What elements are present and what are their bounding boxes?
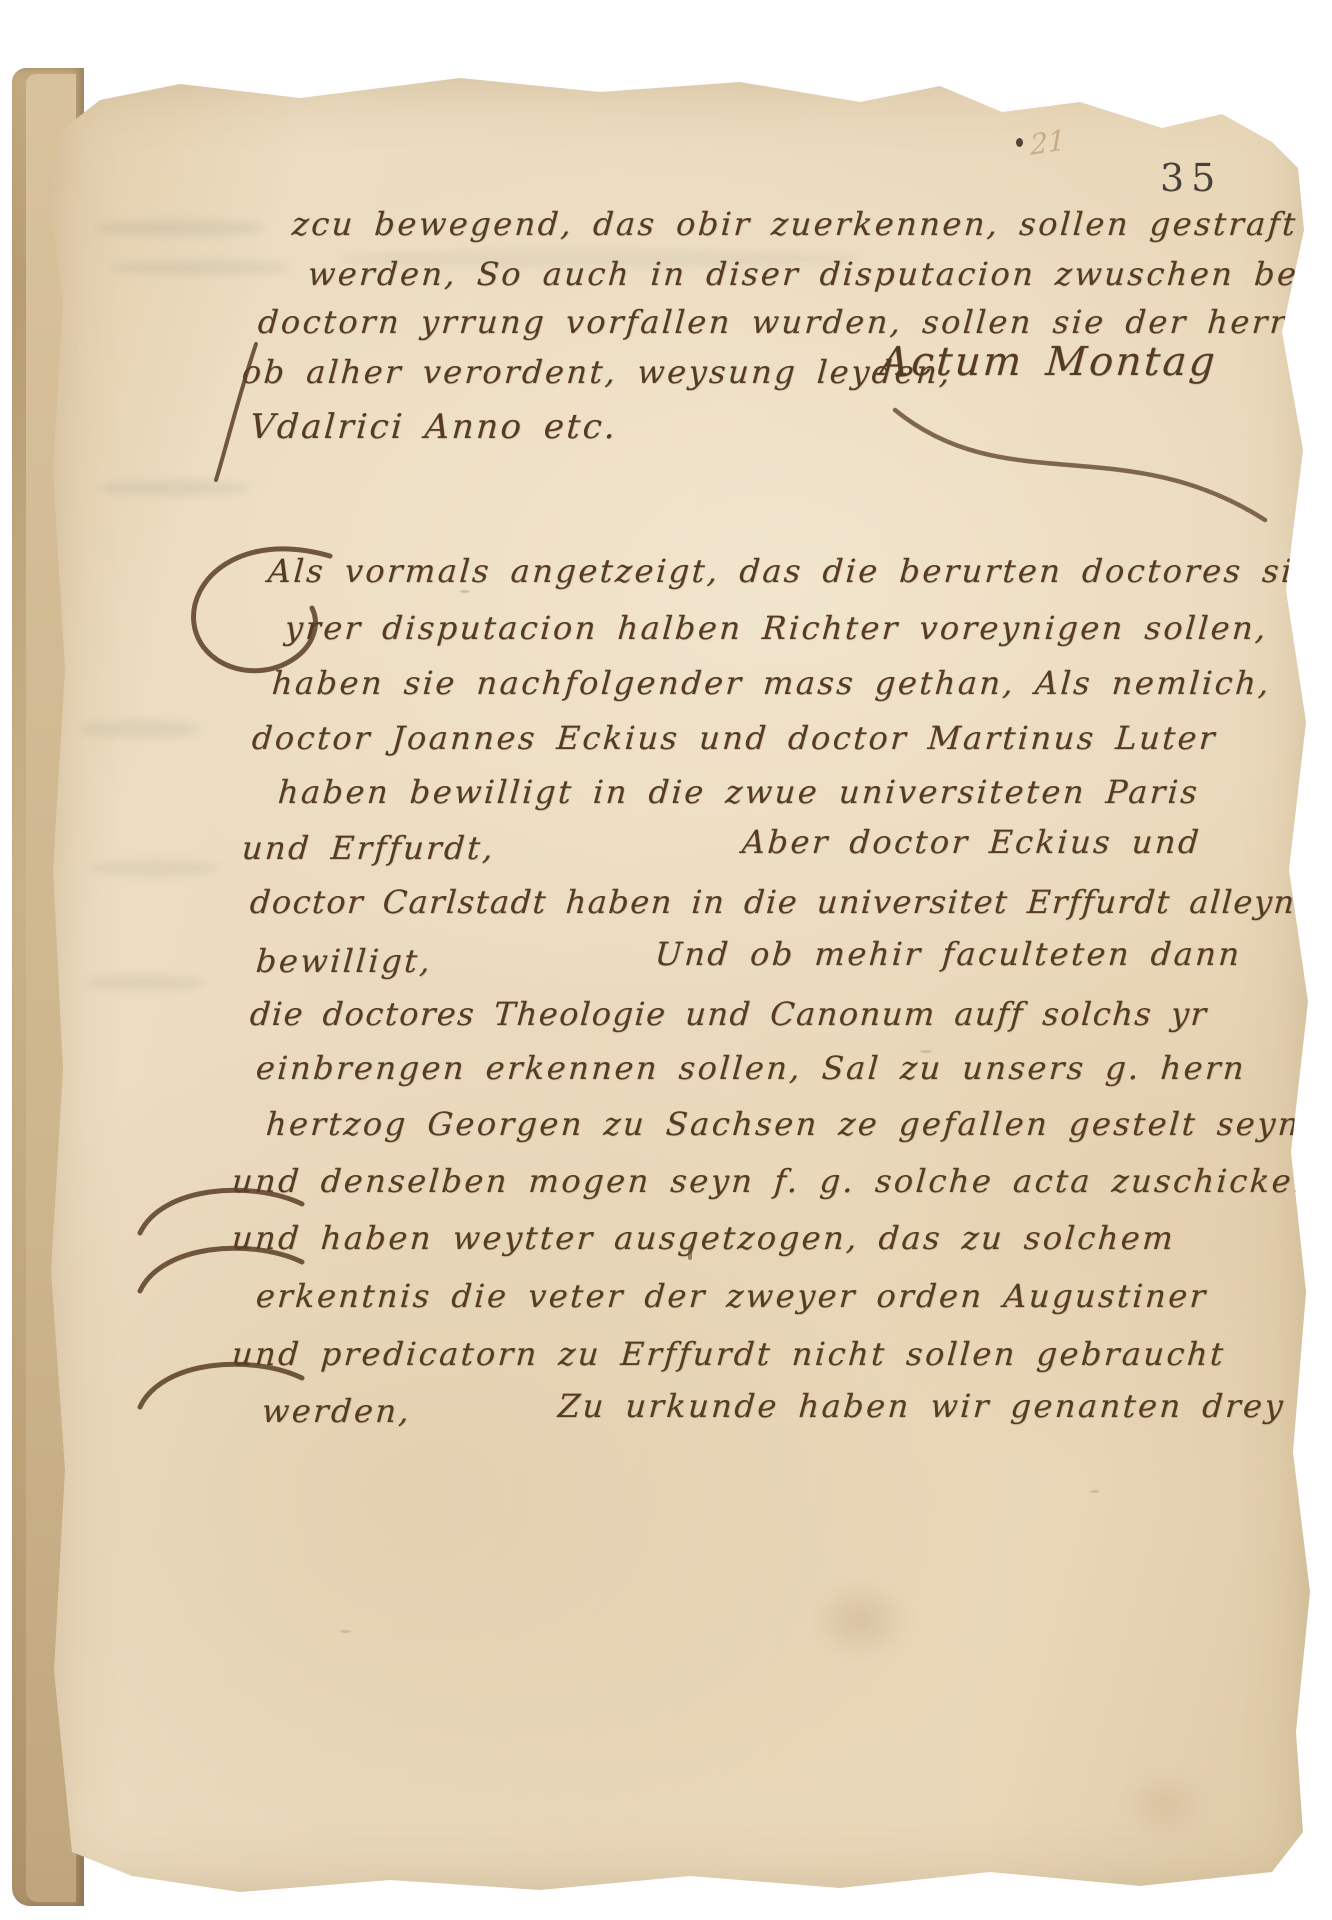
manuscript-line: erkentnis die veter der zweyer orden Aug…	[255, 1280, 1209, 1312]
manuscript-line: haben sie nachfolgender mass gethan, Als…	[271, 667, 1272, 699]
manuscript-line: Vdalrici Anno etc.	[249, 410, 619, 444]
ink-showthrough	[110, 260, 290, 275]
manuscript-line: einbrengen erkennen sollen, Sal zu unser…	[255, 1052, 1247, 1084]
paper-fiber	[920, 1050, 932, 1053]
faint-corner-annotation: 21	[1030, 123, 1066, 162]
manuscript-page: 35 21 zcu bewegend, das obir zuerkennen,…	[40, 70, 1320, 1900]
ink-speck	[1016, 138, 1023, 147]
pen-flourish	[208, 338, 268, 488]
manuscript-line: Und ob mehir faculteten dann	[654, 938, 1243, 970]
manuscript-line: doctor Carlstadt haben in die universite…	[249, 886, 1329, 918]
paper-fiber	[460, 590, 470, 593]
manuscript-line: werden, So auch in diser disputacion zwu…	[307, 258, 1332, 290]
pen-flourish	[132, 1236, 312, 1306]
manuscript-line: yrer disputacion halben Richter voreynig…	[284, 612, 1269, 644]
ink-showthrough	[85, 975, 205, 991]
manuscript-line: Aber doctor Eckius und	[741, 826, 1202, 858]
paper-stain	[1120, 1770, 1210, 1840]
manuscript-line: hertzog Georgen zu Sachsen ze gefallen g…	[265, 1108, 1315, 1140]
ink-showthrough	[95, 220, 265, 236]
manuscript-line: haben bewilligt in die zwue universitete…	[277, 776, 1201, 808]
manuscript-scan: 35 21 zcu bewegend, das obir zuerkennen,…	[0, 0, 1332, 1920]
paper-fiber	[1090, 1490, 1099, 1493]
manuscript-line: Als vormals angetzeigt, das die berurten…	[267, 555, 1332, 587]
manuscript-line: doctorn yrrung vorfallen wurden, sollen …	[257, 306, 1332, 338]
manuscript-line: Zu urkunde haben wir genanten drey	[557, 1390, 1286, 1422]
paper-fiber	[340, 1630, 351, 1633]
manuscript-line: die doctores Theologie und Canonum auff …	[249, 998, 1209, 1030]
manuscript-line: bewilligt,	[255, 945, 434, 977]
manuscript-line: und denselben mogen seyn f. g. solche ac…	[231, 1165, 1330, 1197]
manuscript-line: und predicatorn zu Erffurdt nicht sollen…	[231, 1338, 1227, 1370]
ink-speck	[688, 1248, 692, 1260]
paper-stain	[810, 1580, 910, 1660]
pen-flourish	[885, 370, 1285, 550]
manuscript-line: und Erffurdt,	[241, 832, 496, 864]
pen-flourish	[132, 1352, 312, 1422]
manuscript-line: und haben weytter ausgetzogen, das zu so…	[231, 1222, 1176, 1254]
manuscript-line: ob alher verordent, weysung leyden,	[241, 356, 953, 388]
ink-showthrough	[80, 720, 200, 738]
ink-showthrough	[90, 860, 220, 876]
page-number: 35	[1160, 156, 1222, 200]
manuscript-line: zcu bewegend, das obir zuerkennen, solle…	[291, 208, 1299, 240]
manuscript-line: doctor Joannes Eckius und doctor Martinu…	[251, 722, 1218, 754]
